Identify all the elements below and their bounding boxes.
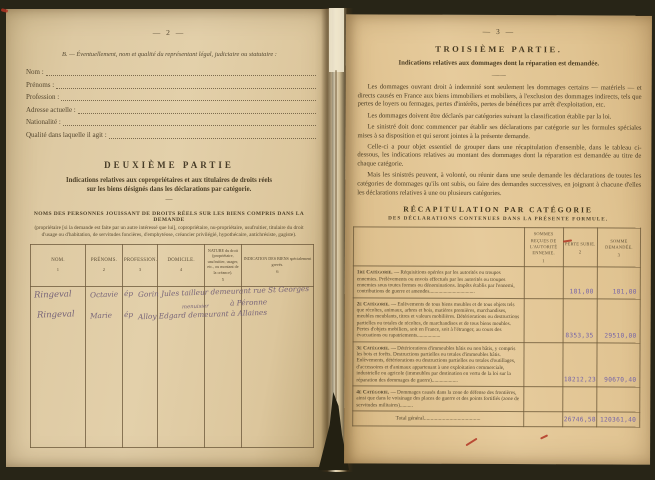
col-number: 1	[526, 258, 562, 264]
col-header-prenoms: Prénoms. 2	[86, 244, 123, 286]
recap-header-row: Sommes reçues de l'autorité ennemie. 1 P…	[353, 227, 640, 267]
col-number: 3	[599, 252, 639, 258]
paragraph: Le sinistré doit donc commencer par étab…	[357, 123, 641, 142]
category-lead: 3e Catégorie.	[357, 345, 390, 351]
instructions-paragraphs: Les dommages ouvrant droit à indemnité s…	[357, 83, 641, 199]
col-header-somme-demandee: Somme demandée. 3	[597, 228, 640, 267]
category-lead: 2e Catégorie.	[357, 301, 390, 307]
dotted-rule	[56, 81, 316, 89]
handwritten-note-1b: à Péronne	[230, 297, 267, 307]
divider-dash: ——	[346, 70, 652, 79]
category-description: 3e Catégorie. — Détériorations d'immeubl…	[353, 342, 524, 387]
form-field-label: Prénoms :	[26, 81, 56, 89]
amount-recues	[524, 267, 563, 299]
amount-recues	[524, 298, 563, 342]
form-field-prenoms: Prénoms :	[26, 81, 316, 89]
col-header-categories	[353, 227, 524, 267]
category-description: 1re Catégorie. — Réquisitions opérées pa…	[353, 266, 524, 298]
col-number: 5	[206, 277, 240, 283]
col-number: 2	[87, 267, 121, 273]
handwritten-ep-1: ép	[124, 289, 133, 298]
amount-somme: 181,00	[597, 267, 640, 299]
total-recues	[523, 412, 562, 427]
col-header-label: INDICATION DES BIENS spécialement grevés…	[244, 256, 312, 267]
droits-reels-table-area: Nom. 1 Prénoms. 2 Profession. 3 Domici	[30, 244, 314, 448]
section-subtitle-line1: Indications relatives aux copropriétaire…	[6, 176, 332, 185]
category-lead: 1re Catégorie.	[357, 270, 393, 276]
category-description: 4e Catégorie. — Dommages causés dans la …	[353, 386, 524, 412]
form-field-adresse: Adresse actuelle :	[26, 106, 316, 114]
recap-row-categorie-2: 2e Catégorie. — Enlèvements de tous bien…	[353, 298, 640, 343]
fold-crease	[335, 70, 337, 400]
col-number: 6	[243, 269, 312, 275]
divider-dash: —	[6, 195, 332, 203]
paragraph: Les dommages ouvrant droit à indemnité s…	[358, 83, 642, 110]
col-header-label: Perte subie.	[565, 241, 595, 246]
col-header-domicile: Domicile. 4	[158, 244, 205, 286]
page-3: — 3 — TROISIÈME PARTIE. Indications rela…	[344, 14, 652, 464]
amount-perte: 8353,35	[563, 299, 598, 343]
recap-row-categorie-1: 1re Catégorie. — Réquisitions opérées pa…	[353, 266, 640, 299]
section-subtitle: Indications relatives aux dommages dont …	[346, 59, 652, 67]
recap-total-row: Total général...........................…	[353, 411, 640, 427]
category-description: 2e Catégorie. — Enlèvements de tous bien…	[353, 298, 524, 343]
representative-legal-line: B. — Éventuellement, nom et qualité du r…	[62, 51, 306, 58]
form-field-nom: Nom :	[26, 68, 316, 76]
paragraph: Mais les sinistrés peuvent, à volonté, o…	[357, 172, 641, 199]
form-field-label: Adresse actuelle :	[26, 106, 78, 114]
dotted-rule	[78, 106, 316, 114]
page-number-right: — 3 —	[346, 26, 652, 36]
form-field-label: Profession :	[26, 93, 61, 101]
form-field-nationalite: Nationalité :	[26, 118, 316, 126]
droits-reels-table: Nom. 1 Prénoms. 2 Profession. 3 Domici	[30, 244, 314, 448]
handwritten-prenom-1: Octavie	[90, 289, 118, 299]
recap-row-categorie-3: 3e Catégorie. — Détériorations d'immeubl…	[353, 342, 640, 387]
amount-perte: 18212,23	[562, 343, 597, 387]
dotted-rule	[61, 93, 316, 101]
col-header-label: NATURE du droit (propriétaire, usufruiti…	[207, 248, 238, 275]
col-number: 3	[124, 267, 156, 273]
total-label: Total général...........................…	[353, 411, 524, 427]
total-somme: 120361,40	[597, 412, 640, 427]
col-header-label: Domicile.	[167, 258, 194, 263]
col-header-label: Profession.	[124, 258, 157, 263]
form-field-label: Nationalité :	[26, 118, 63, 126]
recap-row-categorie-4: 4e Catégorie. — Dommages causés dans la …	[353, 386, 640, 412]
amount-somme: 29510,00	[597, 299, 640, 343]
dotted-rule	[46, 68, 316, 76]
form-field-profession: Profession :	[26, 93, 316, 101]
table-header-row: Nom. 1 Prénoms. 2 Profession. 3 Domici	[31, 244, 314, 286]
form-field-qualite: Qualité dans laquelle il agit :	[26, 131, 316, 139]
col-number: 4	[159, 267, 203, 273]
col-number: 2	[564, 249, 595, 255]
col-header-label: Prénoms.	[91, 258, 117, 263]
dotted-rule	[109, 131, 316, 139]
form-field-label: Qualité dans laquelle il agit :	[26, 131, 109, 139]
recapitulation-subtitle: DES DÉCLARATIONS CONTENUES DANS LA PRÉSE…	[345, 216, 651, 223]
page-number-left: — 2 —	[6, 28, 332, 37]
category-text: — Enlèvements de tous biens meubles et d…	[357, 301, 520, 339]
page-2: — 2 — B. — Éventuellement, nom et qualit…	[6, 9, 332, 467]
section-title-troisieme-partie: TROISIÈME PARTIE.	[346, 43, 652, 54]
amount-perte: 181,00	[563, 267, 598, 299]
amount-recues	[524, 386, 563, 411]
dotted-rule	[63, 118, 316, 126]
droits-reels-table-caption-note: (propriétaire [si la demande est faite p…	[28, 225, 310, 239]
paragraph: Les dommages doivent être déclarés par c…	[358, 112, 642, 122]
col-header-label: Nom.	[51, 258, 65, 263]
representative-form-fields: Nom : Prénoms : Profession : Adresse act…	[26, 68, 316, 139]
amount-recues	[524, 342, 563, 386]
droits-reels-table-caption: NOMS DES PERSONNES JOUISSANT DE DROITS R…	[26, 211, 312, 223]
col-number: 1	[32, 267, 84, 273]
handwritten-nom-1: Ringeval	[34, 289, 72, 300]
col-header-perte-subie: Perte subie. 2	[563, 228, 598, 267]
section-title-deuxieme-partie: DEUXIÈME PARTIE	[6, 160, 332, 170]
col-header-sommes-recues: Sommes reçues de l'autorité ennemie. 1	[524, 228, 563, 267]
col-header-nature-droit: NATURE du droit (propriétaire, usufruiti…	[205, 244, 242, 286]
col-header-nom: Nom. 1	[31, 244, 86, 286]
red-pen-mark	[1, 8, 9, 13]
section-subtitle-line2: sur les biens désignés dans les déclarat…	[6, 186, 332, 193]
handwritten-prenom-2: Marie	[90, 311, 112, 321]
col-header-label: Somme demandée.	[605, 238, 633, 249]
scanned-document-spread: — 2 — B. — Éventuellement, nom et qualit…	[0, 0, 655, 480]
recapitulation-table: Sommes reçues de l'autorité ennemie. 1 P…	[352, 227, 641, 428]
col-header-profession: Profession. 3	[122, 244, 157, 286]
handwritten-nom-2: Ringeval	[37, 309, 75, 320]
recapitulation-title: RÉCAPITULATION PAR CATÉGORIE	[345, 205, 651, 215]
amount-somme: 90670,40	[597, 343, 640, 387]
amount-perte	[562, 387, 597, 412]
category-text: — Détériorations d'immeubles bâtis ou no…	[356, 345, 515, 383]
amount-somme	[597, 387, 640, 412]
col-header-label: Sommes reçues de l'autorité ennemie.	[530, 232, 557, 256]
total-perte: 26746,58	[562, 412, 597, 427]
col-header-indication-biens: INDICATION DES BIENS spécialement grevés…	[241, 244, 313, 286]
paragraph: Celle-ci a pour objet essentiel de group…	[357, 143, 641, 170]
form-field-label: Nom :	[26, 68, 46, 76]
handwritten-ep-2: ép	[124, 310, 133, 319]
page-fold-gap	[329, 8, 344, 72]
